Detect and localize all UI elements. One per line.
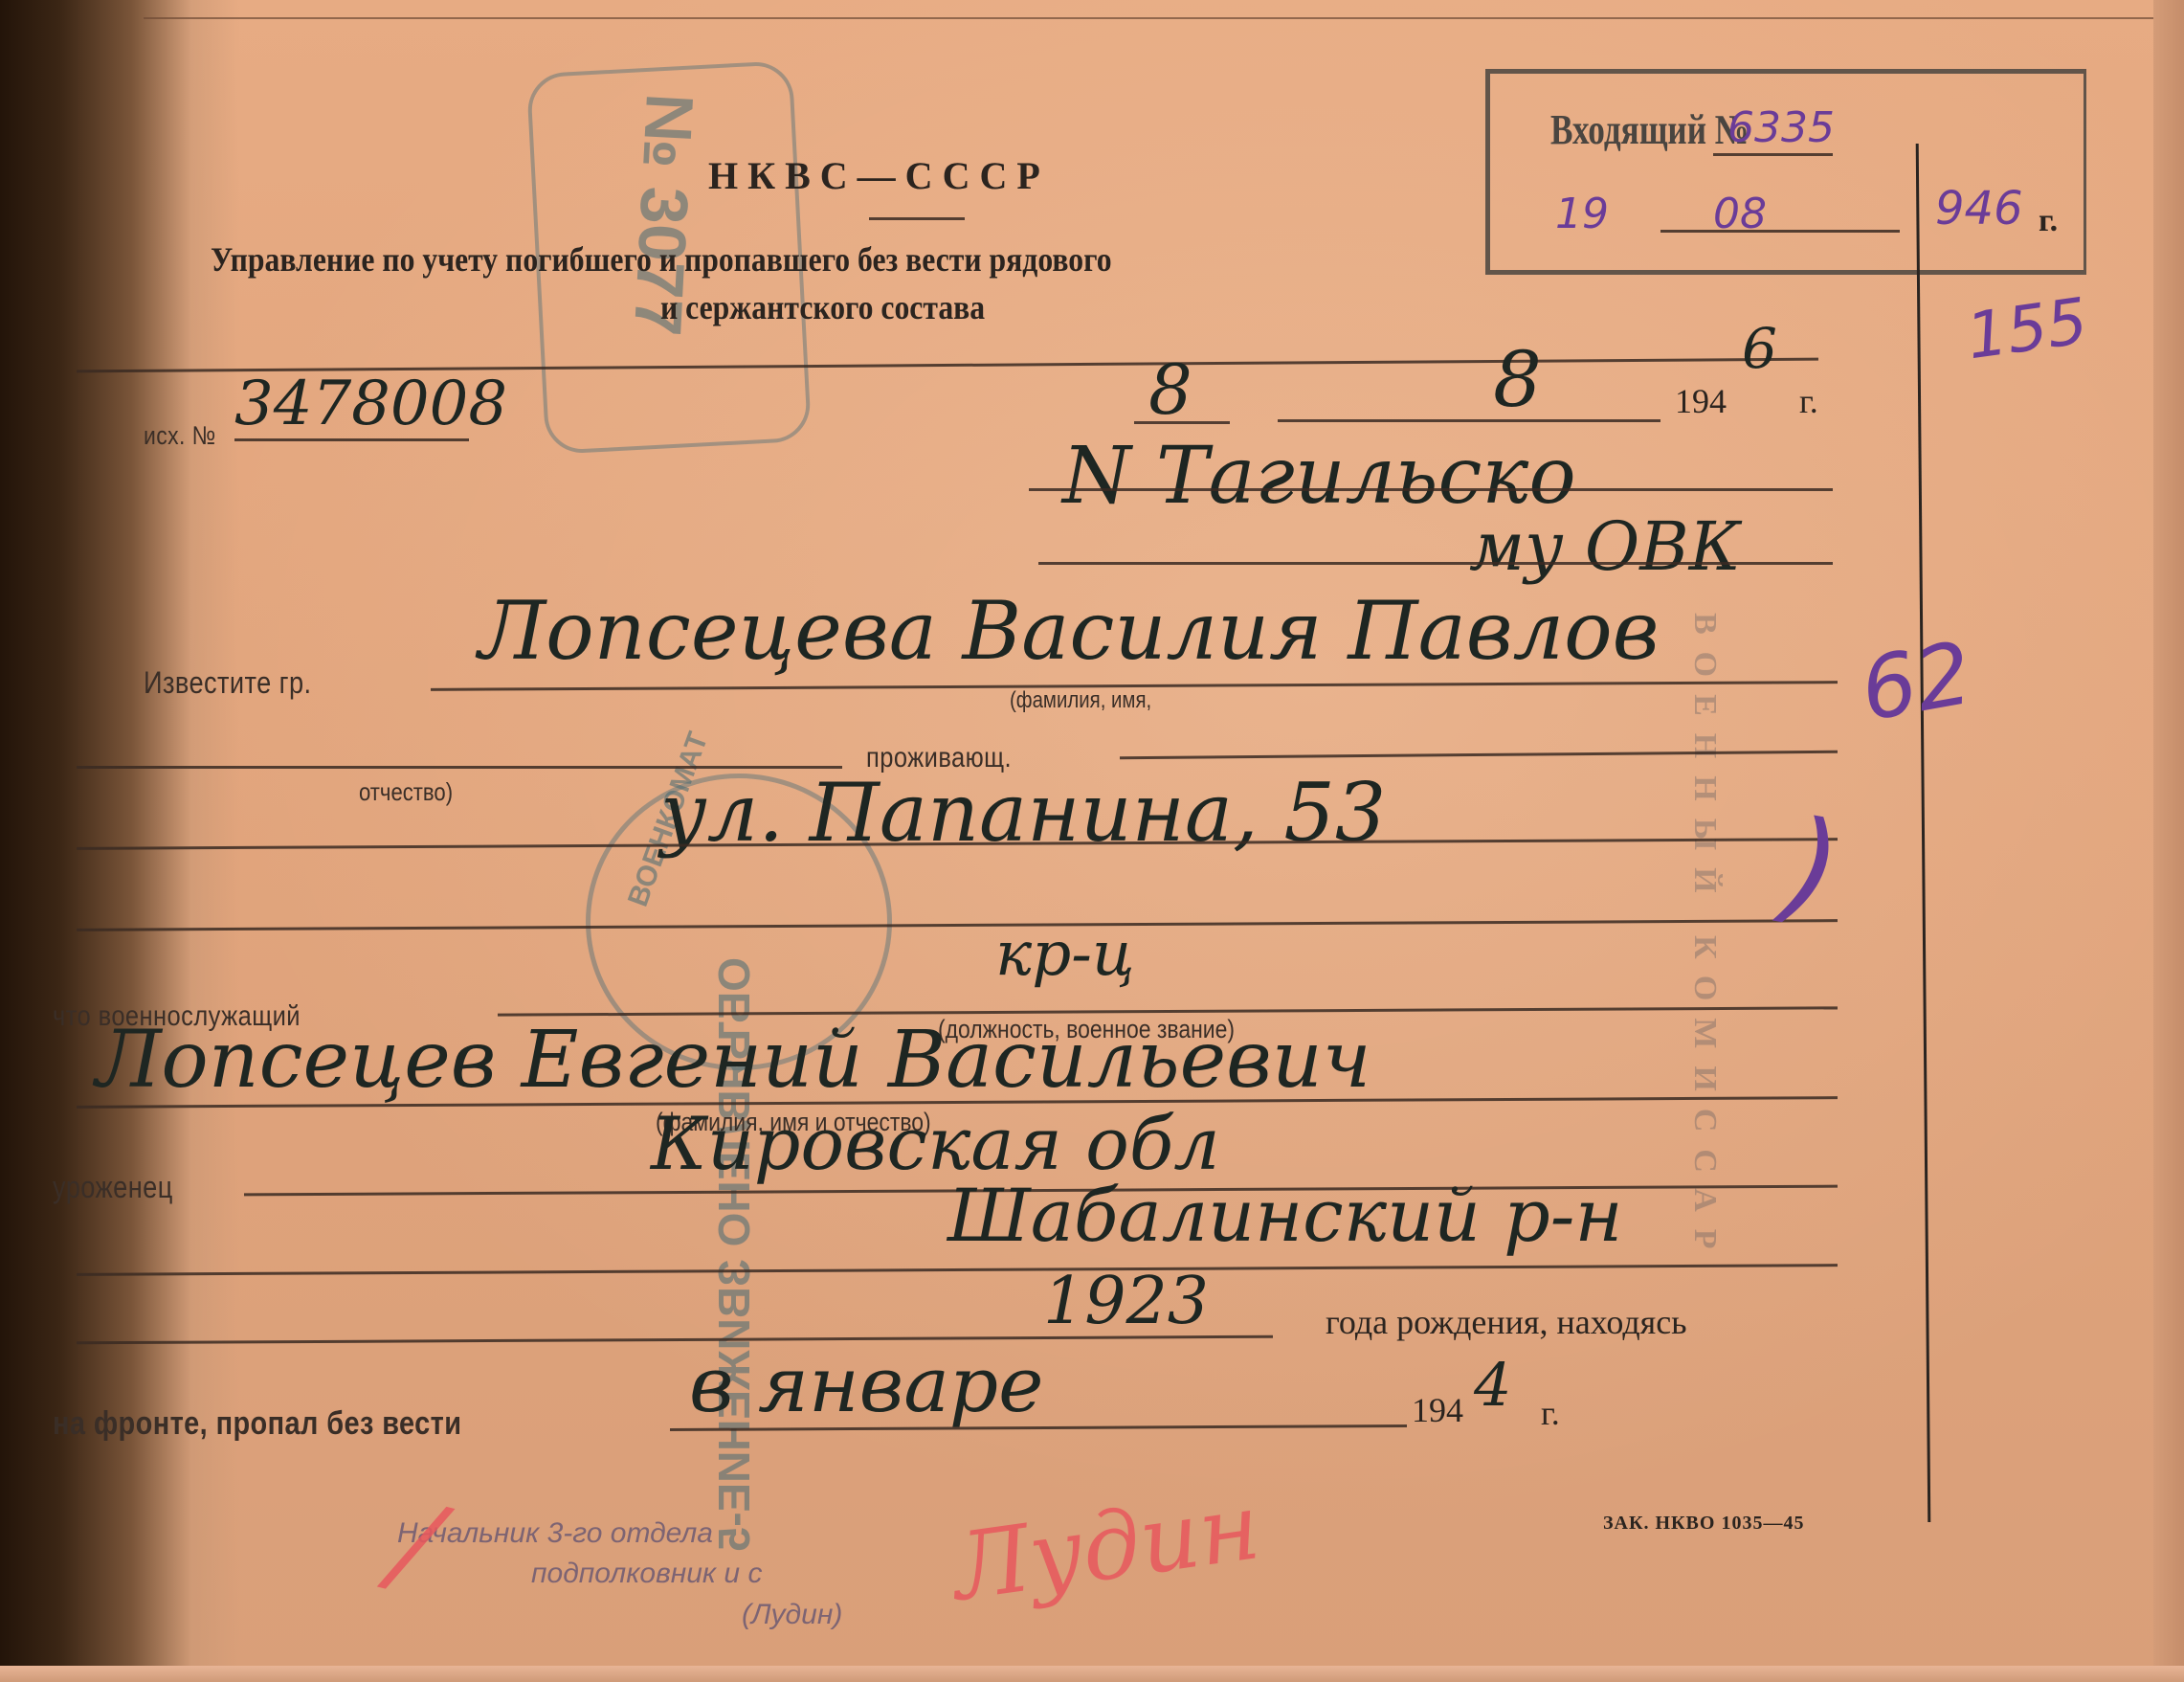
organization-title: НКВС—СССР — [708, 153, 1050, 198]
addressee-rule-1 — [1029, 488, 1833, 491]
incoming-month-line — [1660, 230, 1900, 233]
show-through-text: ВОЕННЫЙ КОМИССАР — [1686, 613, 1723, 1267]
notify-label: Известите гр. — [144, 665, 312, 701]
margin-note-62: 62 — [1854, 623, 1979, 741]
outgoing-month: 8 — [1493, 335, 1542, 424]
right-page-edge — [2153, 0, 2184, 1682]
missing-when-value: в январе — [689, 1340, 1043, 1429]
outgoing-day-line — [1134, 421, 1230, 424]
incoming-number: 6335 — [1727, 103, 1835, 152]
patronymic-hint: отчество) — [359, 777, 453, 807]
incoming-year: 946 — [1935, 182, 2023, 235]
missing-label: на фронте, пропал без вести — [53, 1405, 461, 1443]
missing-year-prefix: 194 — [1412, 1390, 1463, 1430]
native-value-line-2: Шабалинский р-н — [947, 1173, 1623, 1258]
birth-year-value: 1923 — [1043, 1264, 1209, 1339]
notify-value: Лопсецева Василия Павлов — [479, 584, 1660, 678]
incoming-stamp — [1485, 69, 2086, 275]
signer-name: (Лудин) — [742, 1599, 842, 1631]
missing-year-digit: 4 — [1474, 1350, 1511, 1420]
incoming-month: 08 — [1713, 190, 1767, 238]
incoming-year-unit: г. — [2039, 203, 2058, 239]
signer-title: Начальник 3-го отдела — [397, 1517, 713, 1550]
signer-rank: подполковник и с — [531, 1558, 762, 1590]
outgoing-month-line — [1278, 419, 1660, 422]
addressee-line-2: му ОВК — [1469, 507, 1741, 586]
birth-label: года рождения, находясь — [1326, 1302, 1687, 1342]
name-hint: (фамилия, имя, — [1010, 687, 1151, 714]
missing-year-unit: г. — [1541, 1393, 1560, 1433]
outgoing-number: 3478008 — [234, 369, 507, 439]
print-mark: ЗАК. НКВО 1035—45 — [1603, 1513, 1804, 1535]
rank-value: кр-ц — [995, 919, 1134, 990]
soldier-name-value: Лопсецев Евгений Васильевич — [96, 1015, 1371, 1106]
outgoing-label: исх. № — [144, 421, 216, 451]
addressee-rule-2 — [1038, 562, 1833, 565]
native-label: уроженец — [53, 1170, 173, 1205]
department-line-2: и сержантского состава — [660, 287, 985, 327]
department-line-1: Управление по учету погибшего и пропавше… — [211, 239, 1112, 280]
incoming-day: 19 — [1555, 190, 1609, 238]
incoming-label: Входящий № — [1550, 105, 1749, 154]
top-page-edge — [144, 17, 2184, 19]
outgoing-year-digit: 6 — [1742, 316, 1777, 381]
incoming-number-line — [1713, 153, 1833, 156]
title-underline — [869, 217, 965, 220]
outgoing-year-prefix: 194 — [1675, 381, 1727, 421]
outgoing-day: 8 — [1148, 349, 1192, 430]
bottom-page-edge — [0, 1666, 2184, 1682]
outgoing-year-unit: г. — [1799, 381, 1818, 421]
